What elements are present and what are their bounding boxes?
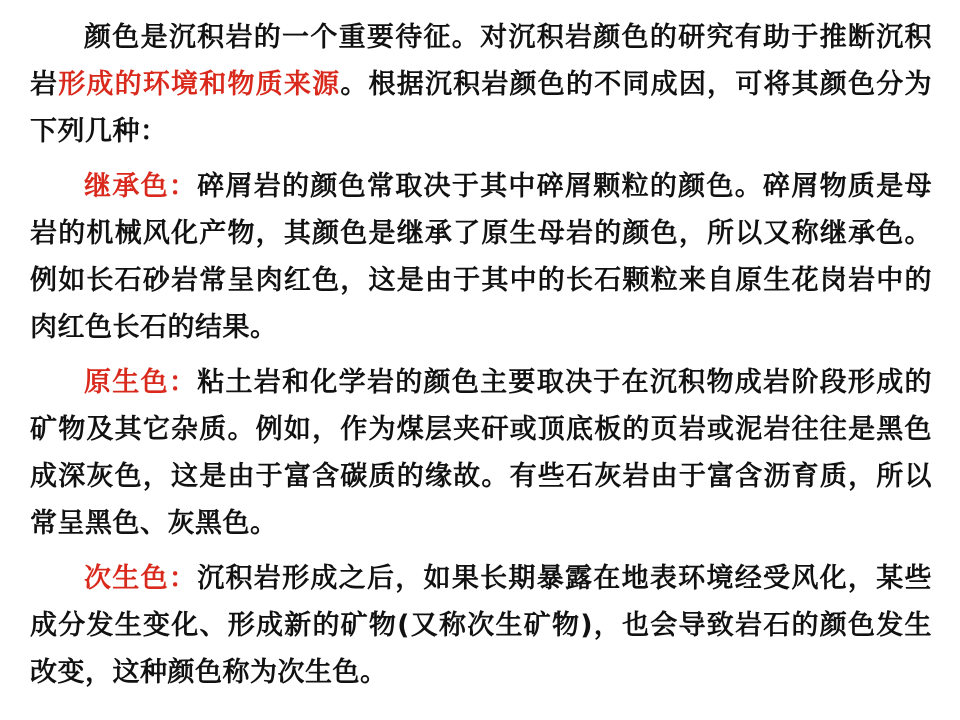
paragraph-secondary-color: 次生色：沉积岩形成之后，如果长期暴露在地表环境经受风化，某些成分发生变化、形成新…: [30, 555, 932, 696]
highlight-text: 形成的环境和物质来源: [58, 69, 340, 100]
highlight-text: 继承色：: [84, 171, 197, 202]
highlight-text: 原生色：: [84, 367, 197, 398]
paragraph-intro: 颜色是沉积岩的一个重要待征。对沉积岩颜色的研究有助于推断沉积岩形成的环境和物质来…: [30, 14, 932, 155]
highlight-text: 次生色：: [84, 563, 197, 594]
document-body: 颜色是沉积岩的一个重要待征。对沉积岩颜色的研究有助于推断沉积岩形成的环境和物质来…: [30, 14, 932, 696]
slide-page: 颜色是沉积岩的一个重要待征。对沉积岩颜色的研究有助于推断沉积岩形成的环境和物质来…: [0, 0, 960, 720]
paragraph-inherited-color: 继承色：碎屑岩的颜色常取决于其中碎屑颗粒的颜色。碎屑物质是母岩的机械风化产物，其…: [30, 163, 932, 351]
paragraph-primary-color: 原生色：粘土岩和化学岩的颜色主要取决于在沉积物成岩阶段形成的矿物及其它杂质。例如…: [30, 359, 932, 547]
